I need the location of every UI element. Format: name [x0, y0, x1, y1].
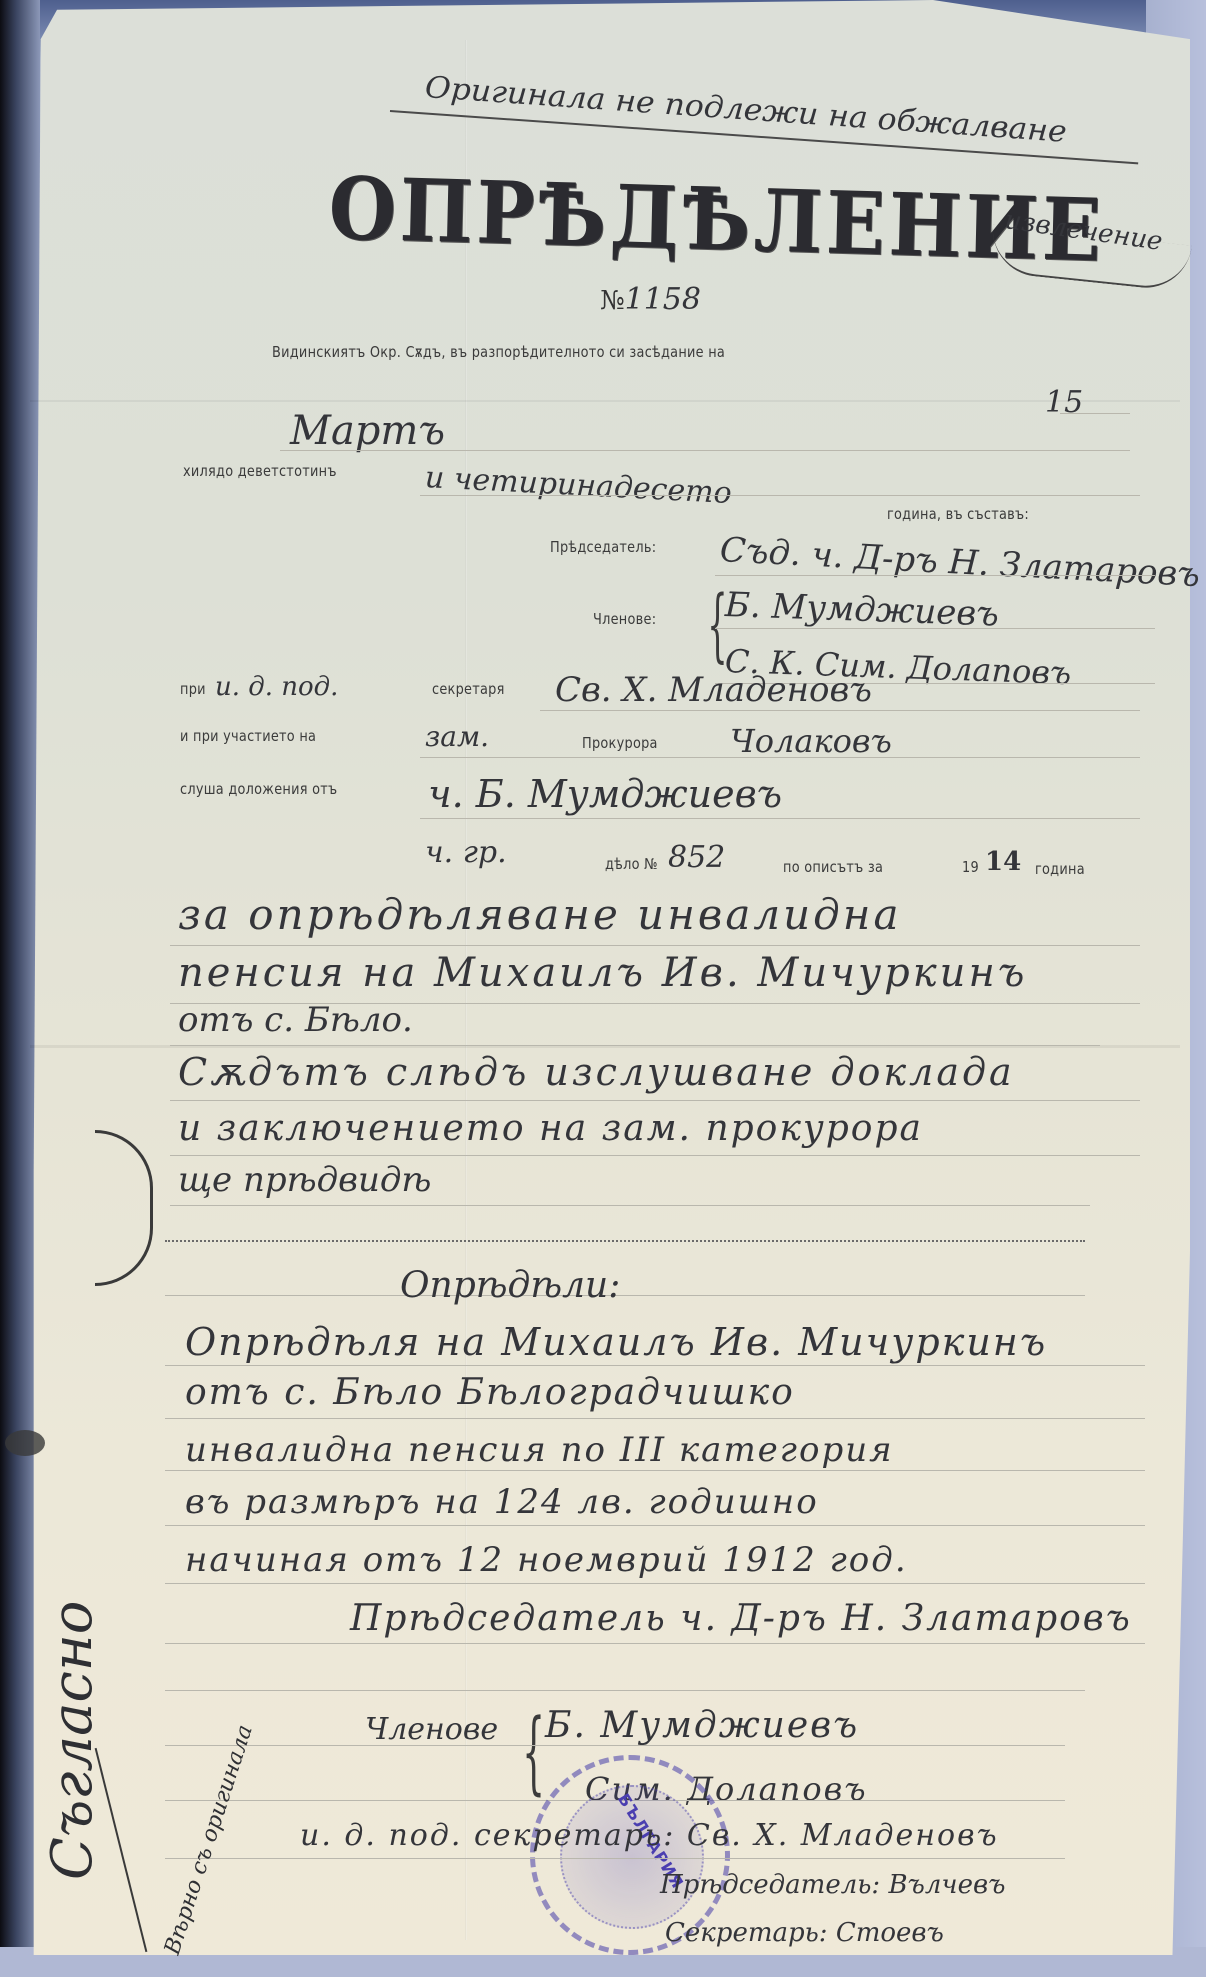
session-day: 15 — [1045, 385, 1083, 420]
member-1-rule — [715, 628, 1155, 629]
secretary-prefix: при — [180, 680, 206, 698]
decision-rule — [165, 1418, 1145, 1419]
members-label: Членове: — [593, 610, 656, 628]
prosecutor-value: Чолаковъ — [730, 722, 892, 760]
document-number: №1158 — [600, 282, 701, 317]
secretary-value: Св. Х. Младеновъ — [555, 670, 872, 710]
case-number: 852 — [668, 840, 725, 875]
decision-rule — [165, 1583, 1145, 1584]
ink-blot — [5, 1430, 45, 1456]
prosecutor-label: Прокурора — [582, 734, 658, 752]
margin-signature: Съгласно — [40, 1601, 105, 1880]
participation-label: и при участието на — [180, 727, 316, 745]
decision-line-4: въ размѣръ на 124 лв. годишно — [185, 1482, 819, 1522]
body-line-2: пенсия на Михаилъ Ив. Мичуркинъ — [178, 950, 1027, 996]
decision-heading: Опрѣдѣли: — [400, 1265, 620, 1306]
case-type: ч. гр. — [425, 835, 507, 870]
body-line-1: за опрѣдѣляване инвалидна — [178, 890, 901, 939]
certification-secretary: Секретарь: Стоевъ — [665, 1918, 944, 1948]
number-value: 1158 — [625, 282, 701, 317]
decision-line-5: начиная отъ 12 ноемврий 1912 год. — [185, 1540, 908, 1580]
court-line: Видинскиятъ Окр. Сѫдъ, въ разпорѣдително… — [272, 343, 725, 361]
secretary-role: и. д. под. — [215, 672, 338, 702]
body-line-3: отъ с. Бѣло. — [178, 1000, 413, 1040]
body-line-6: ще прѣдвидѣ — [178, 1160, 431, 1200]
year-suffix: година, въ съставъ: — [887, 505, 1029, 523]
signature-secretary: и. д. под. секретарь: Св. Х. Младеновъ — [300, 1818, 999, 1853]
participation-value: зам. — [425, 720, 489, 753]
month-rule — [280, 450, 1130, 451]
certification-chairman: Прѣдседатель: Вълчевъ — [660, 1870, 1005, 1900]
signature-rule — [165, 1690, 1085, 1691]
inventory-year-hand: 14 — [985, 847, 1021, 877]
case-label: дѣло № — [605, 855, 658, 873]
signature-rule — [165, 1745, 1065, 1746]
secretary-label: секретаря — [432, 680, 505, 698]
session-month: Мартъ — [290, 408, 445, 454]
body-rule — [170, 1045, 1100, 1046]
signature-chairman: Прѣдседатель ч. Д-ръ Н. Златаровъ — [350, 1598, 1132, 1639]
signature-member-1: Б. Мумджиевъ — [545, 1705, 859, 1746]
heard-value: ч. Б. Мумджиевъ — [428, 772, 782, 816]
dotted-separator — [165, 1240, 1085, 1242]
signature-brace: { — [522, 1700, 545, 1805]
body-rule — [170, 1155, 1140, 1156]
body-line-5: и заключението на зам. прокурора — [178, 1108, 923, 1149]
decision-rule — [165, 1525, 1145, 1526]
day-rule — [1060, 413, 1130, 414]
signature-members-label: Членове — [365, 1712, 498, 1747]
body-rule — [170, 945, 1140, 946]
inventory-suffix: година — [1035, 860, 1085, 878]
decision-rule — [165, 1365, 1145, 1366]
heard-label: слуша доложения отъ — [180, 780, 337, 798]
signature-rule — [165, 1643, 1145, 1644]
year-rule — [420, 495, 1140, 496]
number-label: № — [600, 286, 625, 316]
secretary-rule — [540, 710, 1140, 711]
decision-line-2: отъ с. Бѣло Бѣлоградчишко — [185, 1372, 795, 1413]
heard-rule — [420, 818, 1140, 819]
chairman-rule — [715, 575, 1155, 576]
year-prefix: хилядо деветстотинъ — [183, 462, 337, 480]
body-rule — [170, 1100, 1140, 1101]
fold-crease-horizontal — [30, 400, 1180, 402]
inventory-label: по описътъ за — [783, 858, 883, 876]
body-rule — [170, 1205, 1090, 1206]
inventory-year-printed: 19 — [962, 858, 979, 876]
decision-rule — [165, 1470, 1145, 1471]
signature-rule — [165, 1858, 1065, 1859]
body-line-4: Сѫдътъ слѣдъ изслушване доклада — [178, 1050, 1015, 1094]
chairman-label: Прѣдседатель: — [550, 538, 656, 556]
body-rule — [165, 1295, 1085, 1296]
prosecutor-rule — [420, 757, 1140, 758]
decision-line-3: инвалидна пенсия по III категория — [185, 1430, 894, 1470]
decision-line-1: Опрѣдѣля на Михаилъ Ив. Мичуркинъ — [185, 1320, 1047, 1364]
